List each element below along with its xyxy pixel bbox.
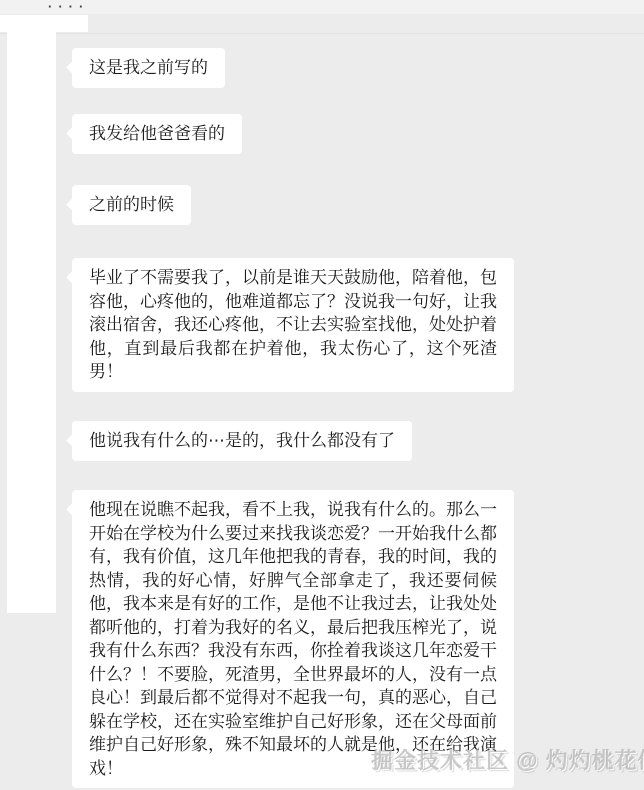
chat-bubble[interactable]: 毕业了不需要我了，以前是谁天天鼓励他，陪着他，包容他，心疼他的，他难道都忘了？没… — [72, 258, 514, 392]
bubble-tail — [66, 434, 79, 447]
message-text: 他现在说瞧不起我，看不上我，说我有什么的。那么一开始在学校为什么要过来找我谈恋爱… — [89, 498, 497, 780]
header-divider — [0, 33, 644, 34]
chat-bubble[interactable]: 我发给他爸爸看的 — [72, 114, 242, 154]
message-row: 他说我有什么的⋯是的，我什么都没有了 — [72, 421, 412, 461]
chat-bubble[interactable]: 之前的时候 — [72, 185, 191, 225]
message-row: 毕业了不需要我了，以前是谁天天鼓励他，陪着他，包容他，心疼他的，他难道都忘了？没… — [72, 258, 514, 392]
chat-bubble[interactable]: 他现在说瞧不起我，看不上我，说我有什么的。那么一开始在学校为什么要过来找我谈恋爱… — [72, 490, 514, 788]
message-text: 他说我有什么的⋯是的，我什么都没有了 — [89, 429, 395, 453]
message-row: 他现在说瞧不起我，看不上我，说我有什么的。那么一开始在学校为什么要过来找我谈恋爱… — [72, 490, 514, 788]
redacted-avatar-column — [7, 32, 56, 613]
bubble-tail — [66, 503, 79, 516]
chat-screen: ···· 这是我之前写的 我发给他爸爸看的 之前的时候 毕业了不需要我了，以前是… — [0, 0, 644, 790]
ellipsis-dots-icon[interactable]: ···· — [48, 1, 89, 13]
bubble-tail — [66, 127, 79, 140]
top-bar: ···· — [0, 0, 644, 14]
redacted-header-block — [0, 15, 88, 32]
bubble-tail — [66, 198, 79, 211]
message-text: 我发给他爸爸看的 — [89, 122, 225, 146]
chat-bubble[interactable]: 这是我之前写的 — [72, 48, 225, 88]
chat-bubble[interactable]: 他说我有什么的⋯是的，我什么都没有了 — [72, 421, 412, 461]
message-row: 之前的时候 — [72, 185, 191, 225]
message-text: 毕业了不需要我了，以前是谁天天鼓励他，陪着他，包容他，心疼他的，他难道都忘了？没… — [89, 266, 497, 384]
bubble-tail — [66, 61, 79, 74]
message-row: 我发给他爸爸看的 — [72, 114, 242, 154]
bubble-tail — [66, 271, 79, 284]
message-text: 这是我之前写的 — [89, 56, 208, 80]
message-row: 这是我之前写的 — [72, 48, 225, 88]
message-text: 之前的时候 — [89, 193, 174, 217]
